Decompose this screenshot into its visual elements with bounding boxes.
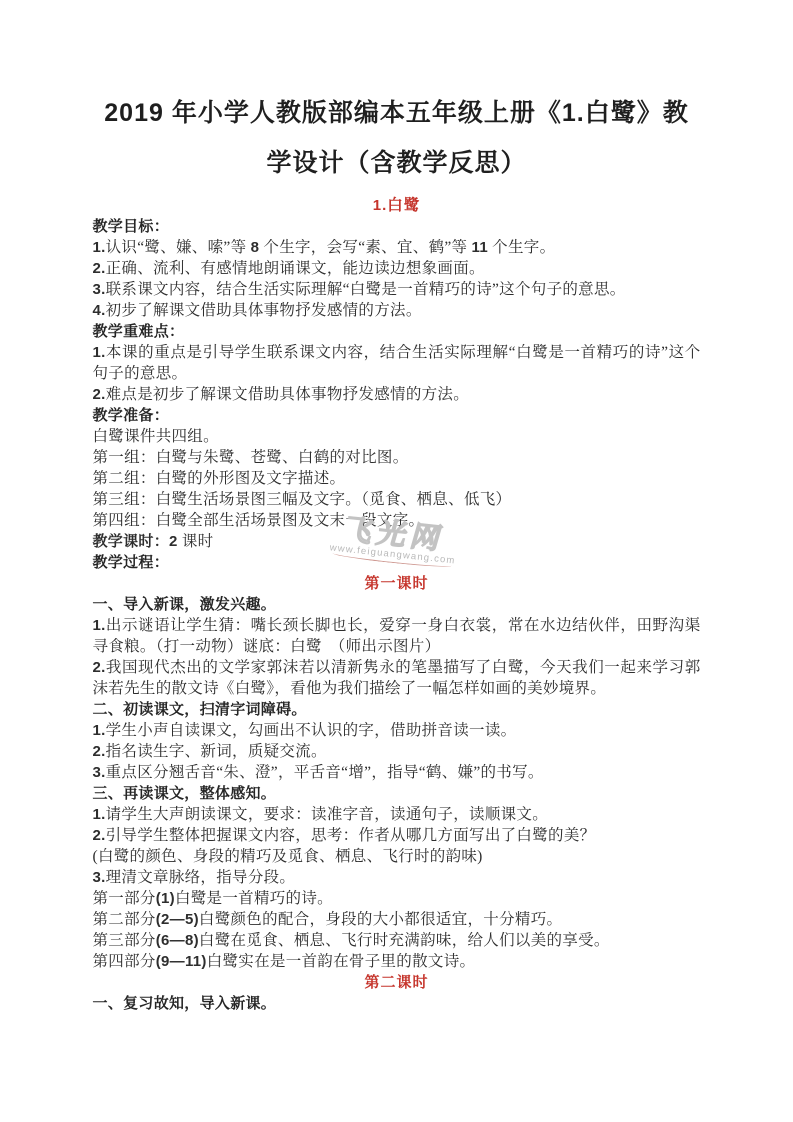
- text-run: (1): [156, 890, 175, 907]
- section-heading-red: 第二课时: [93, 972, 701, 993]
- text-run: 出示谜语让学生猜：嘴长颈长脚也长，爱穿一身白衣裳，常在水边结伙伴，田野沟渠寻食粮…: [93, 617, 701, 655]
- paragraph: 3.重点区分翘舌音“朱、澄”，平舌音“增”，指导“鹤、嫌”的书写。: [93, 762, 701, 783]
- text-run: 三、再读课文，整体感知。: [93, 785, 277, 802]
- paragraph: 第三部分(6—8)白鹭在觅食、栖息、飞行时充满韵味，给人们以美的享受。: [93, 930, 701, 951]
- text-run: 11: [472, 239, 488, 256]
- text-run: 3.: [93, 281, 106, 298]
- text-run: 教学目标：: [93, 218, 170, 235]
- text-run: 第三组：白鹭生活场景图三幅及文字。（觅食、栖息、低飞）: [93, 491, 512, 508]
- paragraph-heading: 教学重难点：: [93, 321, 701, 342]
- text-run: 第一组：白鹭与朱鹭、苍鹭、白鹤的对比图。: [93, 449, 409, 466]
- text-run: 第四组：白鹭全部生活场景图及文末一段文字。: [93, 512, 425, 529]
- text-run: 个生字。: [488, 239, 555, 256]
- paragraph-heading: 一、导入新课，激发兴趣。: [93, 594, 701, 615]
- paragraph: 3.联系课文内容，结合生活实际理解“白鹭是一首精巧的诗”这个句子的意思。: [93, 279, 701, 300]
- text-run: 2.: [93, 260, 106, 277]
- section-heading-red: 第一课时: [93, 573, 701, 594]
- text-run: 4.: [93, 302, 106, 319]
- section-heading-red: 1.白鹭: [93, 195, 701, 216]
- text-run: (9—11): [156, 953, 207, 970]
- text-run: 1.: [93, 239, 106, 256]
- text-run: 8: [251, 239, 260, 256]
- text-run: 第二组：白鹭的外形图及文字描述。: [93, 470, 346, 487]
- paragraph: 1.学生小声自读课文，勾画出不认识的字，借助拼音读一读。: [93, 720, 701, 741]
- text-run: 白鹭: [387, 197, 420, 214]
- paragraph: 第四组：白鹭全部生活场景图及文末一段文字。: [93, 510, 701, 531]
- paragraph: 教学课时：2 课时: [93, 531, 701, 552]
- paragraph: 2.引导学生整体把握课文内容，思考：作者从哪几方面写出了白鹭的美？: [93, 825, 701, 846]
- text-run: 第四部分: [93, 953, 156, 970]
- paragraph: 2.我国现代杰出的文学家郭沫若以清新隽永的笔墨描写了白鹭，今天我们一起来学习郭沫…: [93, 657, 701, 699]
- text-run: (白鹭的颜色、身段的精巧及觅食、栖息、飞行时的韵味): [93, 848, 483, 865]
- paragraph: 2.难点是初步了解课文借助具体事物抒发感情的方法。: [93, 384, 701, 405]
- text-run: 2.: [93, 659, 106, 676]
- text-run: 一、复习故知，导入新课。: [93, 995, 277, 1012]
- paragraph-heading: 教学过程：: [93, 552, 701, 573]
- paragraph: 1.请学生大声朗读课文，要求：读准字音，读通句子，读顺课文。: [93, 804, 701, 825]
- paragraph: 1.认识“鹭、嫌、嗦”等 8 个生字，会写“素、宜、鹤”等 11 个生字。: [93, 237, 701, 258]
- text-run: 理清文章脉络，指导分段。: [106, 869, 296, 886]
- text-run: 3.: [93, 869, 106, 886]
- text-run: 白鹭课件共四组。: [93, 428, 219, 445]
- text-run: 正确、流利、有感情地朗诵课文，能边读边想象画面。: [106, 260, 485, 277]
- text-run: 教学准备：: [93, 407, 170, 424]
- text-run: 指名读生字、新词，质疑交流。: [106, 743, 327, 760]
- paragraph: 第四部分(9—11)白鹭实在是一首韵在骨子里的散文诗。: [93, 951, 701, 972]
- paragraph: 3.理清文章脉络，指导分段。: [93, 867, 701, 888]
- text-run: 第一课时: [364, 575, 428, 592]
- text-run: 引导学生整体把握课文内容，思考：作者从哪几方面写出了白鹭的美？: [106, 827, 596, 844]
- paragraph-heading: 三、再读课文，整体感知。: [93, 783, 701, 804]
- paragraph: 4.初步了解课文借助具体事物抒发感情的方法。: [93, 300, 701, 321]
- paragraph: 1.本课的重点是引导学生联系课文内容，结合生活实际理解“白鹭是一首精巧的诗”这个…: [93, 342, 701, 384]
- paragraph: 白鹭课件共四组。: [93, 426, 701, 447]
- paragraph: 第二部分(2—5)白鹭颜色的配合，身段的大小都很适宜，十分精巧。: [93, 909, 701, 930]
- paragraph-heading: 二、初读课文，扫清字词障碍。: [93, 699, 701, 720]
- text-run: 2: [169, 533, 178, 550]
- text-run: 难点是初步了解课文借助具体事物抒发感情的方法。: [106, 386, 469, 403]
- text-run: 教学重难点：: [93, 323, 185, 340]
- text-run: 学生小声自读课文，勾画出不认识的字，借助拼音读一读。: [106, 722, 517, 739]
- text-run: 第二部分: [93, 911, 156, 928]
- text-run: 一、导入新课，激发兴趣。: [93, 596, 277, 613]
- text-run: 1.: [93, 617, 106, 634]
- paragraph-heading: 教学准备：: [93, 405, 701, 426]
- paragraph: 第一组：白鹭与朱鹭、苍鹭、白鹤的对比图。: [93, 447, 701, 468]
- text-run: 2.: [93, 386, 106, 403]
- text-run: 白鹭在觅食、栖息、飞行时充满韵味，给人们以美的享受。: [199, 932, 610, 949]
- text-run: 3.: [93, 764, 106, 781]
- paragraph-heading: 教学目标：: [93, 216, 701, 237]
- text-run: 2.: [93, 827, 106, 844]
- text-run: (2—5): [156, 911, 199, 928]
- paragraph: 2.正确、流利、有感情地朗诵课文，能边读边想象画面。: [93, 258, 701, 279]
- text-run: 教学过程：: [93, 554, 170, 571]
- paragraph: 第三组：白鹭生活场景图三幅及文字。（觅食、栖息、低飞）: [93, 489, 701, 510]
- text-run: 请学生大声朗读课文，要求：读准字音，读通句子，读顺课文。: [106, 806, 548, 823]
- paragraph: 2.指名读生字、新词，质疑交流。: [93, 741, 701, 762]
- text-run: 教学课时：: [93, 533, 170, 550]
- paragraph: (白鹭的颜色、身段的精巧及觅食、栖息、飞行时的韵味): [93, 846, 701, 867]
- document-page: 2019 年小学人教版部编本五年级上册《1.白鹭》教学设计（含教学反思） 1.白…: [0, 0, 793, 1122]
- document-title: 2019 年小学人教版部编本五年级上册《1.白鹭》教学设计（含教学反思）: [104, 88, 690, 188]
- text-run: 1.: [373, 197, 388, 214]
- text-run: 我国现代杰出的文学家郭沫若以清新隽永的笔墨描写了白鹭，今天我们一起来学习郭沫若先…: [93, 659, 701, 697]
- text-run: 联系课文内容，结合生活实际理解“白鹭是一首精巧的诗”这个句子的意思。: [106, 281, 626, 298]
- text-run: 二、初读课文，扫清字词障碍。: [93, 701, 307, 718]
- text-run: 1.: [93, 722, 106, 739]
- paragraph: 第一部分(1)白鹭是一首精巧的诗。: [93, 888, 701, 909]
- text-run: 认识“鹭、嫌、嗦”等: [106, 239, 251, 256]
- text-run: 白鹭实在是一首韵在骨子里的散文诗。: [207, 953, 476, 970]
- text-run: 第二课时: [364, 974, 428, 991]
- paragraph-heading: 一、复习故知，导入新课。: [93, 993, 701, 1014]
- text-run: 第三部分: [93, 932, 156, 949]
- document-body: 1.白鹭教学目标：1.认识“鹭、嫌、嗦”等 8 个生字，会写“素、宜、鹤”等 1…: [93, 195, 701, 1014]
- paragraph: 第二组：白鹭的外形图及文字描述。: [93, 468, 701, 489]
- paragraph: 1.出示谜语让学生猜：嘴长颈长脚也长，爱穿一身白衣裳，常在水边结伙伴，田野沟渠寻…: [93, 615, 701, 657]
- text-run: 初步了解课文借助具体事物抒发感情的方法。: [106, 302, 422, 319]
- text-run: 白鹭是一首精巧的诗。: [175, 890, 333, 907]
- text-run: 课时: [178, 533, 214, 550]
- text-run: 2.: [93, 743, 106, 760]
- text-run: 重点区分翘舌音“朱、澄”，平舌音“增”，指导“鹤、嫌”的书写。: [106, 764, 544, 781]
- text-run: 本课的重点是引导学生联系课文内容，结合生活实际理解“白鹭是一首精巧的诗”这个句子…: [93, 344, 701, 382]
- text-run: 个生字，会写“素、宜、鹤”等: [259, 239, 471, 256]
- text-run: 白鹭颜色的配合，身段的大小都很适宜，十分精巧。: [199, 911, 562, 928]
- text-run: 1.: [93, 806, 106, 823]
- text-run: 第一部分: [93, 890, 156, 907]
- text-run: (6—8): [156, 932, 199, 949]
- text-run: 1.: [93, 344, 106, 361]
